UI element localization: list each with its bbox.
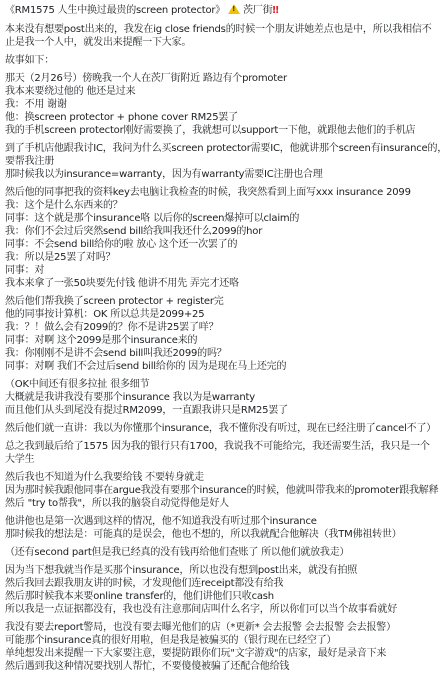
- paragraph: 故事如下：: [5, 54, 439, 67]
- text-line: 同事：这个就是那个insurance咯 以后你的screen爆掉可以claim的: [5, 212, 439, 225]
- text-line: 我：不用 谢谢: [5, 98, 439, 111]
- text-line: 然后我回去跟我朋友讲的时候，才发现他们连receipt都没有给我: [5, 577, 439, 590]
- text-line: 我：你刚刚不是讲不会send bill叫我还2099的吗？: [5, 347, 439, 360]
- text-line: 然后他的同事把我的资料key去电脑让我检查的时候，我突然看到上面写xxx ins…: [5, 186, 439, 199]
- line-text: 所以我是一点证据都没有，我也没有注意那间店叫什么名字，所以你们可以当个故事看就好: [5, 604, 397, 615]
- text-line: 我：你们不会过后突然send bill给我叫我还什么2099的hor: [5, 225, 439, 238]
- text-line: 他讲他也是第一次遇到这样的情况，他不知道我没有听过那个insurance: [5, 515, 439, 528]
- line-text: 单纯想发出来提醒一下大家要注意，要提防跟你们玩"文字游戏"的店家，最好是录音下来: [5, 648, 386, 659]
- text-line: 到了手机店他跟我讨IC，我问为什么买screen protector需要IC，他…: [5, 142, 439, 155]
- text-line: （OK中间还有很多拉扯 很多细节: [5, 378, 439, 391]
- line-text: 可能那个insurance真的很好用啦，但是我是被骗买的（银行现在已经空了）: [5, 635, 336, 646]
- line-text: 然后我也不知道为什么我要给钱 不要转身就走: [5, 472, 204, 483]
- double-exclamation-icon: ‼: [273, 5, 278, 16]
- line-text: 我本来拿了一张50块要先付钱 他讲不用先 弄完才还咯: [5, 278, 239, 289]
- line-text: 止是我一个人中，就发出来提醒一下大家。: [5, 37, 191, 48]
- text-line: 因为那时候我跟他同事在argue我没有要那个insurance的时候，他就叫带我…: [5, 484, 439, 497]
- text-line: 然后他们就一直讲：我以为你懂那个insurance，我不懂你没有听过，现在已经注…: [5, 422, 439, 435]
- line-text: 我：所以是25罢了对吗？: [5, 252, 115, 263]
- text-line: 那时候我的想法是：可能真的是误会，他也不想的，所以我就配合他解决（我TM佛祖转世…: [5, 528, 439, 541]
- line-text: 大学生: [5, 454, 34, 465]
- line-text: 而且他们从头到尾没有提过RM2099，一直跟我讲只是RM25罢了: [5, 405, 288, 416]
- text-line: 因为当下想我就当作是买那个insurance，所以也没有想到post出来，就没有…: [5, 564, 439, 577]
- line-text: 同事：对啊 这个2099是那个insurance来的: [5, 335, 197, 346]
- text-line: 他：换screen protector + phone cover RM25罢了: [5, 111, 439, 124]
- text-line: 同事：不会send bill给你的啦 放心 这个还一次罢了的: [5, 238, 439, 251]
- line-text: （OK中间还有很多拉扯 很多细节: [5, 379, 149, 390]
- text-line: 所以我是一点证据都没有，我也没有注意那间店叫什么名字，所以你们可以当个故事看就好: [5, 603, 439, 616]
- text-line: 故事如下：: [5, 54, 439, 67]
- line-text: 我：你刚刚不是讲不会send bill叫我还2099的吗？: [5, 348, 227, 359]
- line-text: 要帮我注册: [5, 156, 54, 167]
- text-line: 然后那时候我本来要online transfer的，他们讲他们只收cash: [5, 590, 439, 603]
- post-body: 《RM1575 人生中换过最贵的screen protector》茨厂街‼ 本来…: [0, 0, 444, 673]
- text-line: 大学生: [5, 453, 439, 466]
- paragraph: 然后他们帮我换了screen protector + register完他的同事…: [5, 295, 439, 373]
- line-text: 同事：对啊 我们不会过后send bill给你的 因为是现在马上还完的: [5, 361, 286, 372]
- text-line: 那天（2月26号）傍晚我一个人在茨厂街附近 路边有个promoter: [5, 72, 439, 85]
- text-line: 单纯想发出来提醒一下大家要注意，要提防跟你们玩"文字游戏"的店家，最好是录音下来: [5, 647, 439, 660]
- line-text: 总之我到最后给了1575 因为我的银行只有1700，我说我不可能给完，我还需要生…: [5, 441, 430, 452]
- text-line: 大概就是我讲我没有要那个insurance 我以为是warranty: [5, 391, 439, 404]
- text-line: 我：这个是什么东西来的？: [5, 199, 439, 212]
- paragraph: 然后他们就一直讲：我以为你懂那个insurance，我不懂你没有听过，现在已经注…: [5, 422, 439, 435]
- text-line: 然后遇到我这种情况要找别人帮忙，不要傻傻被骗了还配合他给钱: [5, 660, 439, 673]
- line-text: 我本来要绕过他的 他还是过来: [5, 86, 135, 97]
- line-text: 他：换screen protector + phone cover RM25罢了: [5, 112, 238, 123]
- paragraph: 本来没有想要post出来的，我发在ig close friends的时候一个朋友…: [5, 23, 439, 49]
- text-line: （还有second part但是我已经真的没有钱再给他们查账了 所以他们就放我走…: [5, 546, 439, 559]
- paragraph: （OK中间还有很多拉扯 很多细节大概就是我讲我没有要那个insurance 我以…: [5, 378, 439, 417]
- title-text: 《RM1575 人生中换过最贵的screen protector》: [5, 5, 225, 16]
- line-text: 我：你们不会过后突然send bill给我叫我还什么2099的hor: [5, 226, 262, 237]
- line-text: 然后遇到我这种情况要找别人帮忙，不要傻傻被骗了还配合他给钱: [5, 661, 289, 672]
- line-text: 因为那时候我跟他同事在argue我没有要那个insurance的时候，他就叫带我…: [5, 485, 438, 496]
- text-line: 我：？！做么会有2099的？你不是讲25罢了咩？: [5, 321, 439, 334]
- line-text: 我没有要去report警局，也没有要去曝光他们的店（*更新* 会去报警 会去报警…: [5, 622, 396, 633]
- paragraph: 我没有要去report警局，也没有要去曝光他们的店（*更新* 会去报警 会去报警…: [5, 621, 439, 673]
- text-line: 我本来要绕过他的 他还是过来: [5, 85, 439, 98]
- text-line: 然后 "try to帮我"，所以我的脑袋自动觉得他是好人: [5, 497, 439, 510]
- line-text: 大概就是我讲我没有要那个insurance 我以为是warranty: [5, 392, 255, 403]
- text-line: 而且他们从头到尾没有提过RM2099，一直跟我讲只是RM25罢了: [5, 404, 439, 417]
- text-line: 我没有要去report警局，也没有要去曝光他们的店（*更新* 会去报警 会去报警…: [5, 621, 439, 634]
- paragraph: （还有second part但是我已经真的没有钱再给他们查账了 所以他们就放我走…: [5, 546, 439, 559]
- line-text: 然后他的同事把我的资料key去电脑让我检查的时候，我突然看到上面写xxx ins…: [5, 187, 411, 198]
- line-text: 到了手机店他跟我讨IC，我问为什么买screen protector需要IC，他…: [5, 143, 444, 154]
- line-text: 然后我回去跟我朋友讲的时候，才发现他们连receipt都没有给我: [5, 578, 283, 589]
- line-text: 我的手机screen protector刚好需要换了，我就想可以support一…: [5, 125, 415, 136]
- line-text: 然后他们就一直讲：我以为你懂那个insurance，我不懂你没有听过，现在已经注…: [5, 423, 436, 434]
- paragraph: 他讲他也是第一次遇到这样的情况，他不知道我没有听过那个insurance那时候我…: [5, 515, 439, 541]
- text-line: 然后我也不知道为什么我要给钱 不要转身就走: [5, 471, 439, 484]
- line-text: 同事：对: [5, 265, 44, 276]
- text-line: 他的同事按计算机：OK 所以总共是2099+25: [5, 308, 439, 321]
- text-line: 然后他们帮我换了screen protector + register完: [5, 295, 439, 308]
- line-text: 然后 "try to帮我"，所以我的脑袋自动觉得他是好人: [5, 498, 229, 509]
- line-text: （还有second part但是我已经真的没有钱再给他们查账了 所以他们就放我走…: [5, 547, 349, 558]
- paragraph: 总之我到最后给了1575 因为我的银行只有1700，我说我不可能给完，我还需要生…: [5, 440, 439, 466]
- line-text: 然后那时候我本来要online transfer的，他们讲他们只收cash: [5, 591, 274, 602]
- line-text: 同事：不会send bill给你的啦 放心 这个还一次罢了的: [5, 239, 237, 250]
- text-line: 那时候我以为insurance=warranty，因为有warranty需要IC…: [5, 168, 439, 181]
- paragraph: 到了手机店他跟我讨IC，我问为什么买screen protector需要IC，他…: [5, 142, 439, 181]
- text-line: 同事：对: [5, 264, 439, 277]
- text-line: 可能那个insurance真的很好用啦，但是我是被骗买的（银行现在已经空了）: [5, 634, 439, 647]
- line-text: 本来没有想要post出来的，我发在ig close friends的时候一个朋友…: [5, 24, 432, 35]
- line-text: 我：不用 谢谢: [5, 99, 67, 110]
- text-line: 同事：对啊 这个2099是那个insurance来的: [5, 334, 439, 347]
- text-line: 我：所以是25罢了对吗？: [5, 251, 439, 264]
- line-text: 他讲他也是第一次遇到这样的情况，他不知道我没有听过那个insurance: [5, 516, 317, 527]
- post-paragraphs: 本来没有想要post出来的，我发在ig close friends的时候一个朋友…: [5, 23, 439, 673]
- line-text: 我：这个是什么东西来的？: [5, 200, 123, 211]
- line-text: 然后他们帮我换了screen protector + register完: [5, 296, 224, 307]
- line-text: 我：？！做么会有2099的？你不是讲25罢了咩？: [5, 322, 218, 333]
- line-text: 他的同事按计算机：OK 所以总共是2099+25: [5, 309, 204, 320]
- text-line: 本来没有想要post出来的，我发在ig close friends的时候一个朋友…: [5, 23, 439, 36]
- text-line: 总之我到最后给了1575 因为我的银行只有1700，我说我不可能给完，我还需要生…: [5, 440, 439, 453]
- post-title: 《RM1575 人生中换过最贵的screen protector》茨厂街‼: [5, 3, 439, 18]
- line-text: 同事：这个就是那个insurance咯 以后你的screen爆掉可以claim的: [5, 213, 299, 224]
- text-line: 我的手机screen protector刚好需要换了，我就想可以support一…: [5, 124, 439, 137]
- text-line: 我本来拿了一张50块要先付钱 他讲不用先 弄完才还咯: [5, 277, 439, 290]
- title-location: 茨厂街: [243, 5, 272, 16]
- paragraph: 然后他的同事把我的资料key去电脑让我检查的时候，我突然看到上面写xxx ins…: [5, 186, 439, 290]
- line-text: 那时候我的想法是：可能真的是误会，他也不想的，所以我就配合他解决（我TM佛祖转世…: [5, 529, 402, 540]
- line-text: 因为当下想我就当作是买那个insurance，所以也没有想到post出来，就没有…: [5, 565, 357, 576]
- paragraph: 那天（2月26号）傍晚我一个人在茨厂街附近 路边有个promoter我本来要绕过…: [5, 72, 439, 137]
- text-line: 同事：对啊 我们不会过后send bill给你的 因为是现在马上还完的: [5, 360, 439, 373]
- line-text: 那时候我以为insurance=warranty，因为有warranty需要IC…: [5, 169, 323, 180]
- text-line: 要帮我注册: [5, 155, 439, 168]
- paragraph: 然后我也不知道为什么我要给钱 不要转身就走因为那时候我跟他同事在argue我没有…: [5, 471, 439, 510]
- text-line: 止是我一个人中，就发出来提醒一下大家。: [5, 36, 439, 49]
- line-text: 那天（2月26号）傍晚我一个人在茨厂街附近 路边有个promoter: [5, 73, 287, 84]
- warning-icon: [228, 4, 240, 14]
- paragraph: 因为当下想我就当作是买那个insurance，所以也没有想到post出来，就没有…: [5, 564, 439, 616]
- line-text: 故事如下：: [5, 55, 54, 66]
